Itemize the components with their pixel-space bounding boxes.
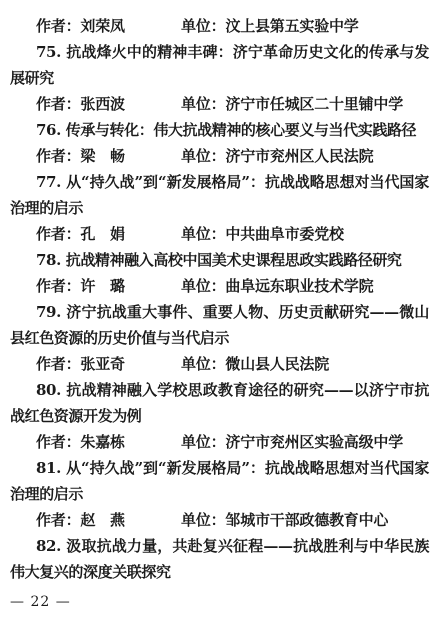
entry-title: 79. 济宁抗战重大事件、重要人物、历史贡献研究——微山县红色资源的历史价值与当… bbox=[10, 299, 429, 351]
entry-title: 82. 汲取抗战力量，共赴复兴征程——抗战胜利与中华民族伟大复兴的深度关联探究 bbox=[10, 533, 429, 585]
author-field: 作者：许 璐 bbox=[36, 277, 125, 295]
entry-title: 80. 抗战精神融入学校思政教育途径的研究——以济宁市抗战红色资源开发为例 bbox=[10, 377, 429, 429]
unit-field: 单位：济宁市兖州区人民法院 bbox=[181, 143, 373, 169]
entry-title: 77. 从“持久战”到“新发展格局”：抗战战略思想对当代国家治理的启示 bbox=[10, 169, 429, 221]
entry-meta-row: 作者：张西波单位：济宁市任城区二十里铺中学 bbox=[10, 91, 429, 117]
entry-meta-row: 作者：刘荣凤单位：汶上县第五实验中学 bbox=[10, 13, 429, 39]
entry-title: 78. 抗战精神融入高校中国美术史课程思政实践路径研究 bbox=[10, 247, 429, 273]
entry-meta-row: 作者：朱嘉栋单位：济宁市兖州区实验高级中学 bbox=[10, 429, 429, 455]
author-field: 作者：刘荣凤 bbox=[36, 17, 125, 35]
entry-meta-row: 作者：赵 燕单位：邹城市干部政德教育中心 bbox=[10, 507, 429, 533]
unit-field: 单位：邹城市干部政德教育中心 bbox=[181, 507, 388, 533]
page-number: — 22 — bbox=[10, 590, 429, 614]
unit-field: 单位：汶上县第五实验中学 bbox=[181, 13, 359, 39]
entry-title: 81. 从“持久战”到“新发展格局”：抗战战略思想对当代国家治理的启示 bbox=[10, 455, 429, 507]
unit-field: 单位：济宁市任城区二十里铺中学 bbox=[181, 91, 403, 117]
author-field: 作者：朱嘉栋 bbox=[36, 433, 125, 451]
entry-meta-row: 作者：梁 畅单位：济宁市兖州区人民法院 bbox=[10, 143, 429, 169]
author-field: 作者：赵 燕 bbox=[36, 511, 125, 529]
unit-field: 单位：济宁市兖州区实验高级中学 bbox=[181, 429, 403, 455]
unit-field: 单位：微山县人民法院 bbox=[181, 351, 329, 377]
entry-meta-row: 作者：许 璐单位：曲阜远东职业技术学院 bbox=[10, 273, 429, 299]
entry-title: 76. 传承与转化：伟大抗战精神的核心要义与当代实践路径 bbox=[10, 117, 429, 143]
entry-title: 75. 抗战烽火中的精神丰碑：济宁革命历史文化的传承与发展研究 bbox=[10, 39, 429, 91]
author-field: 作者：张西波 bbox=[36, 95, 125, 113]
author-field: 作者：张亚奇 bbox=[36, 355, 125, 373]
unit-field: 单位：中共曲阜市委党校 bbox=[181, 221, 344, 247]
entry-meta-row: 作者：张亚奇单位：微山县人民法院 bbox=[10, 351, 429, 377]
unit-field: 单位：曲阜远东职业技术学院 bbox=[181, 273, 373, 299]
author-field: 作者：梁 畅 bbox=[36, 147, 125, 165]
entry-list: 作者：刘荣凤单位：汶上县第五实验中学75. 抗战烽火中的精神丰碑：济宁革命历史文… bbox=[10, 13, 429, 585]
entry-meta-row: 作者：孔 娟单位：中共曲阜市委党校 bbox=[10, 221, 429, 247]
document-page: 作者：刘荣凤单位：汶上县第五实验中学75. 抗战烽火中的精神丰碑：济宁革命历史文… bbox=[0, 0, 434, 621]
author-field: 作者：孔 娟 bbox=[36, 225, 125, 243]
